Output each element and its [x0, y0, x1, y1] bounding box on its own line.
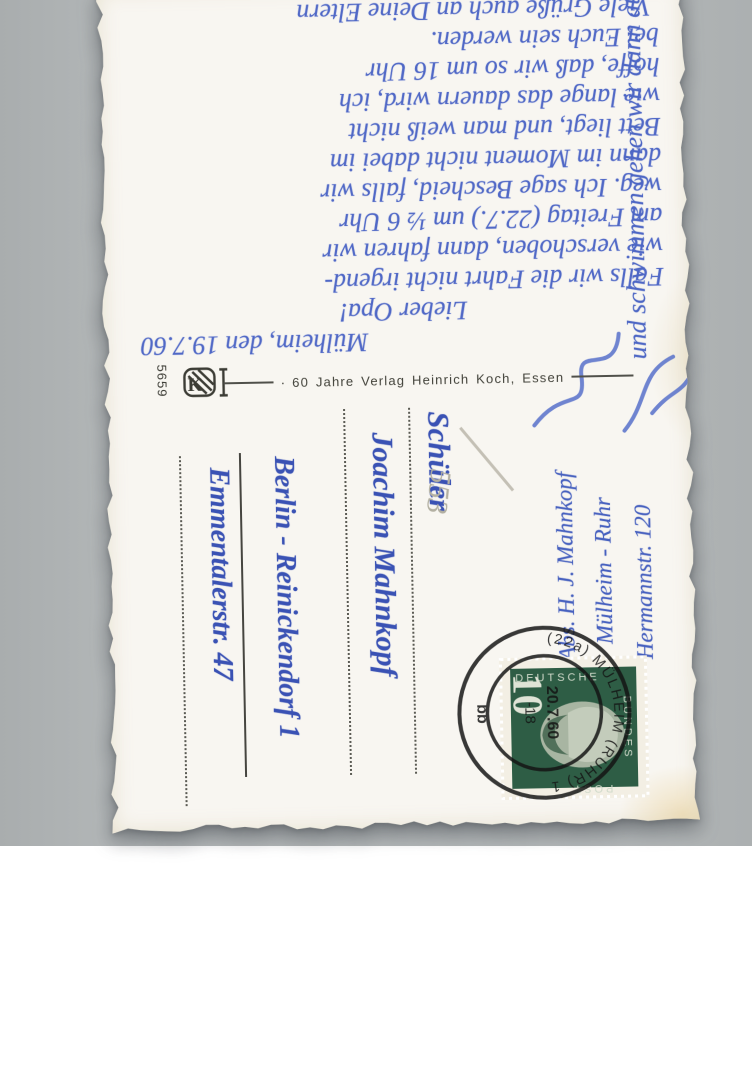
- address-line-recipient-name: Joachim Mahnkopf: [365, 432, 405, 763]
- address-line-city: Berlin - Reinickendorf 1: [267, 456, 306, 802]
- publisher-logo-icon: K: [182, 365, 229, 405]
- postmark: (22a) MÜLHEIM (RUHR) 1 bb 20.7.60 -18: [447, 620, 637, 806]
- handwritten-message: Mülheim, den 19.7.60 Lieber Opa! Falls w…: [106, 0, 673, 361]
- imprint-dot: ·: [280, 377, 285, 387]
- address-line-street: Emmentalerstr. 47: [202, 467, 241, 808]
- pencil-mark: 553: [419, 467, 457, 515]
- svg-text:K: K: [187, 375, 202, 396]
- postmark-date: 20.7.60: [543, 686, 561, 740]
- postmark-time: -18: [521, 702, 538, 724]
- imprint-left-rule: [224, 381, 274, 384]
- postcard-wrap: Mülheim, den 19.7.60 Lieber Opa! Falls w…: [96, 0, 700, 834]
- postcard: Mülheim, den 19.7.60 Lieber Opa! Falls w…: [96, 0, 700, 834]
- postmark-letters: bb: [473, 704, 490, 724]
- sender-line-city: Mülheim - Ruhr: [587, 374, 618, 644]
- order-number: 5659: [154, 364, 170, 424]
- scanner-background: Mülheim, den 19.7.60 Lieber Opa! Falls w…: [0, 0, 752, 846]
